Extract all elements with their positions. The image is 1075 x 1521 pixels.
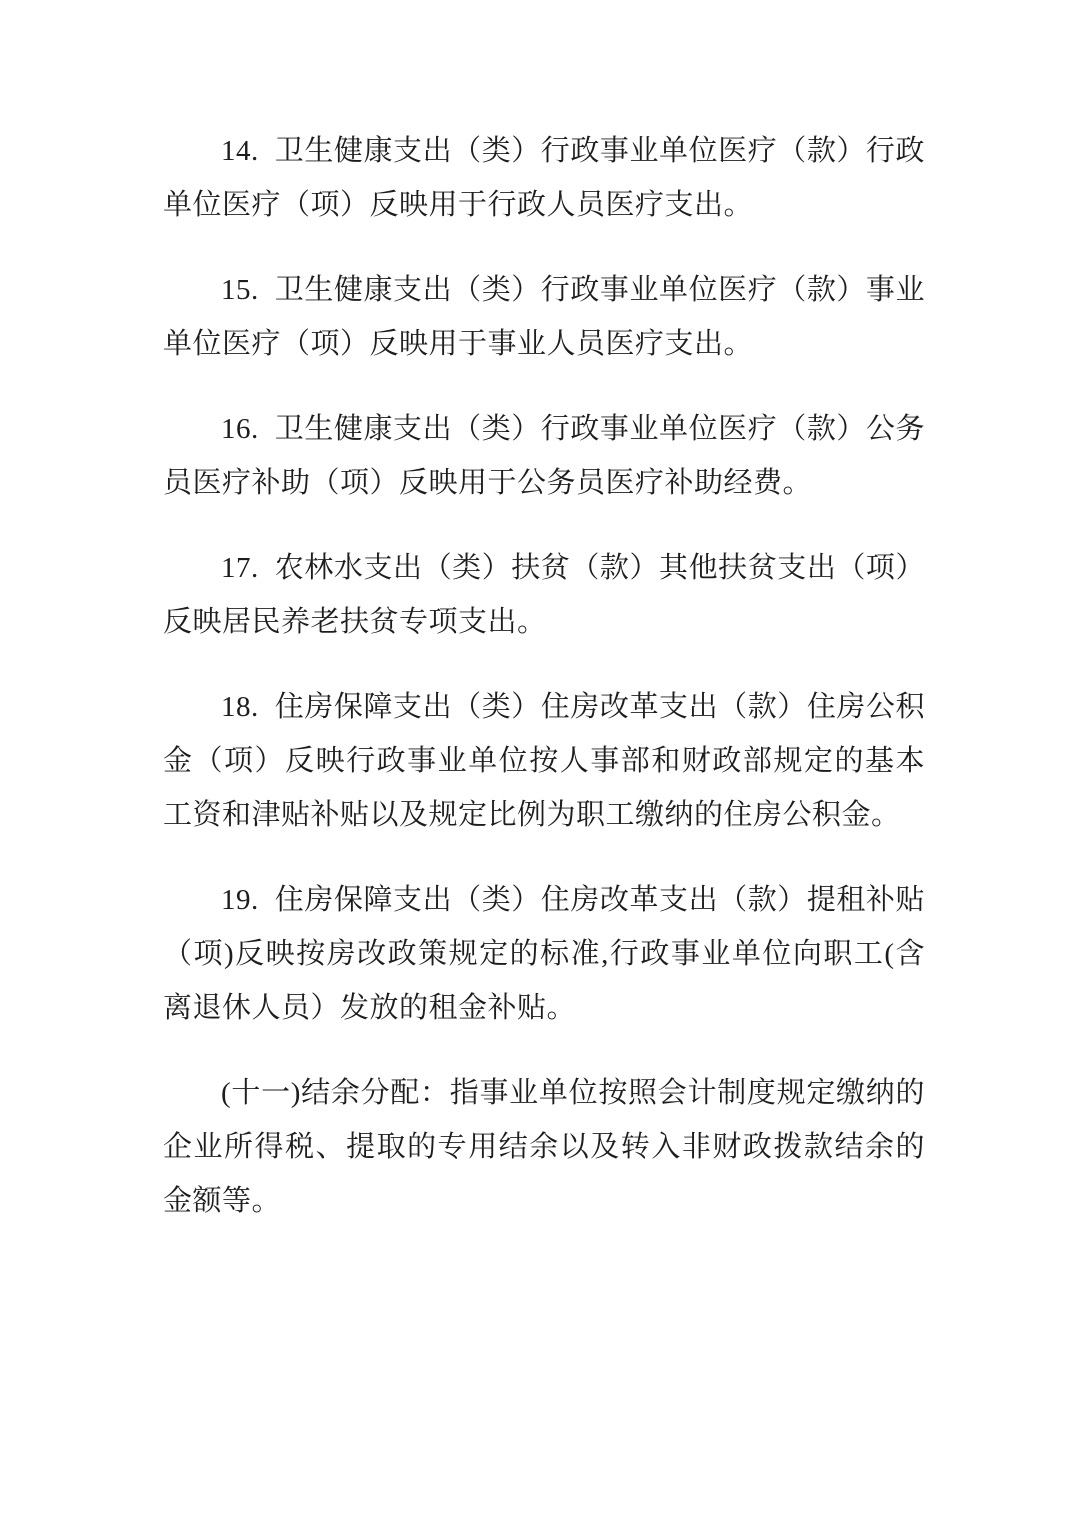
- paragraph-item-15: 15.卫生健康支出（类）行政事业单位医疗（款）事业单位医疗（项）反映用于事业人员…: [163, 263, 925, 371]
- paragraph-item-19: 19.住房保障支出（类）住房改革支出（款）提租补贴（项)反映按房改政策规定的标准…: [163, 873, 925, 1035]
- paragraph-text: 卫生健康支出（类）行政事业单位医疗（款）事业单位医疗（项）反映用于事业人员医疗支…: [163, 274, 925, 360]
- paragraph-text: (十一)结余分配：指事业单位按照会计制度规定缴纳的企业所得税、提取的专用结余以及…: [163, 1077, 925, 1217]
- paragraph-text: 卫生健康支出（类）行政事业单位医疗（款）公务员医疗补助（项）反映用于公务员医疗补…: [163, 413, 925, 499]
- paragraph-item-14: 14.卫生健康支出（类）行政事业单位医疗（款）行政单位医疗（项）反映用于行政人员…: [163, 124, 925, 232]
- paragraph-number: 16.: [221, 413, 259, 445]
- paragraph-text: 住房保障支出（类）住房改革支出（款）提租补贴（项)反映按房改政策规定的标准,行政…: [163, 884, 925, 1024]
- paragraph-item-section-11: (十一)结余分配：指事业单位按照会计制度规定缴纳的企业所得税、提取的专用结余以及…: [163, 1066, 925, 1228]
- paragraph-text: 卫生健康支出（类）行政事业单位医疗（款）行政单位医疗（项）反映用于行政人员医疗支…: [163, 135, 925, 221]
- document-page: 14.卫生健康支出（类）行政事业单位医疗（款）行政单位医疗（项）反映用于行政人员…: [0, 0, 1075, 1521]
- paragraph-number: 14.: [221, 135, 259, 167]
- paragraph-item-16: 16.卫生健康支出（类）行政事业单位医疗（款）公务员医疗补助（项）反映用于公务员…: [163, 402, 925, 510]
- paragraph-number: 19.: [221, 884, 259, 916]
- paragraph-text: 住房保障支出（类）住房改革支出（款）住房公积金（项）反映行政事业单位按人事部和财…: [163, 691, 925, 831]
- paragraph-number: 17.: [221, 552, 259, 584]
- paragraph-number: 18.: [221, 691, 259, 723]
- paragraph-text: 农林水支出（类）扶贫（款）其他扶贫支出（项）反映居民养老扶贫专项支出。: [163, 552, 925, 638]
- paragraph-number: 15.: [221, 274, 259, 306]
- document-text-block: 14.卫生健康支出（类）行政事业单位医疗（款）行政单位医疗（项）反映用于行政人员…: [163, 124, 925, 1228]
- paragraph-item-18: 18.住房保障支出（类）住房改革支出（款）住房公积金（项）反映行政事业单位按人事…: [163, 680, 925, 842]
- paragraph-item-17: 17.农林水支出（类）扶贫（款）其他扶贫支出（项）反映居民养老扶贫专项支出。: [163, 541, 925, 649]
